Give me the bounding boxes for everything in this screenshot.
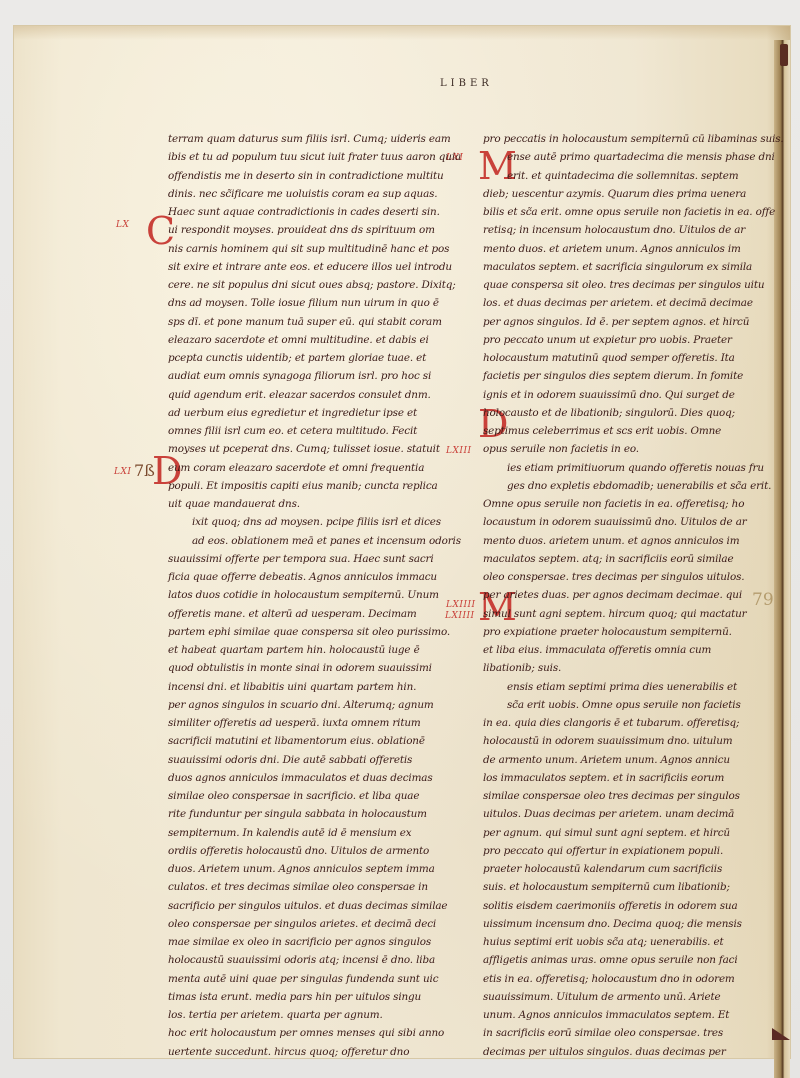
text-line: quae conspersa sit oleo. tres decimas pe… (483, 276, 773, 294)
text-line: partem ephi similae quae conspersa sit o… (168, 623, 468, 641)
text-line: quod obtulistis in monte sinai in odorem… (168, 659, 468, 677)
text-line: de armento unum. Arietem unum. Agnos ann… (483, 751, 773, 769)
text-line: pro peccatis in holocaustum sempiternū c… (483, 130, 773, 148)
text-line: huius septimi erit uobis sc̃a atq; uener… (483, 933, 773, 951)
text-line: similae oleo conspersae in sacrificio. e… (168, 787, 468, 805)
text-line: rite funduntur per singula sabbata in ho… (168, 805, 468, 823)
text-line: et liba eius. immaculata offeretis omnia… (483, 641, 773, 659)
text-line: pro peccato unum ut expietur pro uobis. … (483, 331, 773, 349)
text-line: sc̃a erit uobis. Omne opus seruile non f… (483, 696, 773, 714)
text-line: moyses ut pceperat dns. Cumq; tulisset i… (168, 440, 468, 458)
text-line: dinis. nec sc̃ificare me uoluistis coram… (168, 185, 468, 203)
text-line: menta autē uini quae per singulas funden… (168, 970, 468, 988)
text-line: uertente succedunt. hircus quoq; offeret… (168, 1043, 468, 1061)
text-line: ense autē primo quartadecima die mensis … (483, 148, 773, 166)
text-line: suis. et holocaustum sempiternū cum liba… (483, 878, 773, 896)
text-line: bilis et sc̃a erit. omne opus seruile no… (483, 203, 773, 221)
text-line: decimas per uitulos singulos. duas decim… (483, 1043, 773, 1061)
text-line: praeter holocaustū kalendarum cum sacrif… (483, 860, 773, 878)
text-line: mento duos. arietem unum. et agnos annic… (483, 532, 773, 550)
text-line: simul sunt agni septem. hircum quoq; qui… (483, 605, 773, 623)
text-line: per agnos singulos in scuario dni. Alter… (168, 696, 468, 714)
text-line: septimus celeberrimus et scs erit uobis.… (483, 422, 773, 440)
text-line: holocausto et de libationib; singulorū. … (483, 404, 773, 422)
text-line: holocaustum matutinū quod semper offeret… (483, 349, 773, 367)
text-line: ibis et tu ad populum tuu sicut iuit fra… (168, 148, 468, 166)
text-line: ordiis offeretis holocaustū dno. Uitulos… (168, 842, 468, 860)
text-line: timas ista erunt. media pars hin per uit… (168, 988, 468, 1006)
text-line: duos. Arietem unum. Agnos anniculos sept… (168, 860, 468, 878)
text-line: offendistis me in deserto sin in contrad… (168, 167, 468, 185)
text-line: los. tertia per arietem. quarta per agnu… (168, 1006, 468, 1024)
text-line: solitis eisdem caerimoniis offeretis in … (483, 897, 773, 915)
text-line: suauissimi offerte per tempora sua. Haec… (168, 550, 468, 568)
text-line: quid agendum erit. eleazar sacerdos cons… (168, 386, 468, 404)
page-edge-shadow (14, 26, 790, 40)
text-line: pro peccato qui offertur in expiationem … (483, 842, 773, 860)
text-line: oleo conspersae per singulos arietes. et… (168, 915, 468, 933)
text-line: facietis per singulos dies septem dierum… (483, 367, 773, 385)
rubric-chapter-number: LXI (114, 467, 131, 477)
text-line: Haec sunt aquae contradictionis in cades… (168, 203, 468, 221)
text-line: ixit quoq; dns ad moysen. pcipe filiis i… (168, 513, 468, 531)
text-column-right: pro peccatis in holocaustum sempiternū c… (483, 130, 773, 1061)
text-line: erit. et quintadecima die sollemnitas. s… (483, 167, 773, 185)
text-line: Omne opus seruile non facietis in ea. of… (483, 495, 773, 513)
spine-binding (780, 44, 788, 66)
text-line: culatos. et tres decimas similae oleo co… (168, 878, 468, 896)
text-line: ui respondit moyses. prouideat dns ds sp… (168, 221, 468, 239)
text-line: opus seruile non facietis in eo. (483, 440, 773, 458)
text-line: uitulos. Duas decimas per arietem. unam … (483, 805, 773, 823)
text-line: uit quae mandauerat dns. (168, 495, 468, 513)
text-line: nis carnis hominem qui sit sup multitudi… (168, 240, 468, 258)
running-head: LIBER (440, 78, 493, 89)
text-line: ad uerbum eius egredietur et ingredietur… (168, 404, 468, 422)
text-line: terram quam daturus sum filiis isrl. Cum… (168, 130, 468, 148)
text-line: et habeat quartam partem hin. holocaustū… (168, 641, 468, 659)
text-line: hoc erit holocaustum per omnes menses qu… (168, 1024, 468, 1042)
text-line: suauissimum. Uitulum de armento unū. Ari… (483, 988, 773, 1006)
text-line: similae conspersae oleo tres decimas per… (483, 787, 773, 805)
text-line: locaustum in odorem suauissimū dno. Uitu… (483, 513, 773, 531)
text-column-left: terram quam daturus sum filiis isrl. Cum… (168, 130, 468, 1061)
text-line: uissimum incensum dno. Decima quoq; die … (483, 915, 773, 933)
text-line: ad eos. oblationem meā et panes et incen… (168, 532, 468, 550)
text-line: holocaustū suauissimi odoris atq; incens… (168, 951, 468, 969)
text-line: similiter offeretis ad uesperā. iuxta om… (168, 714, 468, 732)
text-line: ies etiam primitiuorum quando offeretis … (483, 459, 773, 477)
text-line: eum coram eleazaro sacerdote et omni fre… (168, 459, 468, 477)
text-line: ficia quae offerre debeatis. Agnos annic… (168, 568, 468, 586)
text-line: los. et duas decimas per arietem. et dec… (483, 294, 773, 312)
text-line: populi. Et impositis capiti eius manib; … (168, 477, 468, 495)
text-line: dieb; uescentur azymis. Quarum dies prim… (483, 185, 773, 203)
text-line: offeretis mane. et alterū ad uesperam. D… (168, 605, 468, 623)
rubric-chapter-number: LX (116, 220, 129, 230)
text-line: dns ad moysen. Tolle iosue filium nun ui… (168, 294, 468, 312)
text-line: ges dno expletis ebdomadib; uenerabilis … (483, 477, 773, 495)
text-line: per arietes duas. per agnos decimam deci… (483, 586, 773, 604)
text-line: sacrificii matutini et libamentorum eius… (168, 732, 468, 750)
text-line: etis in ea. offeretisq; holocaustum dno … (483, 970, 773, 988)
text-line: los immaculatos septem. et in sacrificii… (483, 769, 773, 787)
text-line: maculatos septem. et sacrificia singulor… (483, 258, 773, 276)
text-line: affligetis animas uras. omne opus seruil… (483, 951, 773, 969)
text-line: ensis etiam septimi prima dies uenerabil… (483, 678, 773, 696)
text-line: in ea. quia dies clangoris ē et tubarum.… (483, 714, 773, 732)
text-line: duos agnos anniculos immaculatos et duas… (168, 769, 468, 787)
text-line: sempiternum. In kalendis autē id ē mensi… (168, 824, 468, 842)
text-line: sps dī. et pone manum tuā super eū. qui … (168, 313, 468, 331)
text-line: per agnos singulos. Id ē. per septem agn… (483, 313, 773, 331)
text-line: ignis et in odorem suauissimū dno. Qui s… (483, 386, 773, 404)
text-line: maculatos septem. atq; in sacrificiis eo… (483, 550, 773, 568)
text-line: in sacrificiis eorū similae oleo consper… (483, 1024, 773, 1042)
text-line: mento duos. et arietem unum. Agnos annic… (483, 240, 773, 258)
text-line: holocaustū in odorem suauissimum dno. ui… (483, 732, 773, 750)
text-line: incensi dni. et libabitis uini quartam p… (168, 678, 468, 696)
text-line: latos duos cotidie in holocaustum sempit… (168, 586, 468, 604)
text-line: omnes filii isrl cum eo. et cetera multi… (168, 422, 468, 440)
text-line: sit exire et intrare ante eos. et educer… (168, 258, 468, 276)
text-line: mae similae ex oleo in sacrificio per ag… (168, 933, 468, 951)
text-line: eleazaro sacerdote et omni multitudine. … (168, 331, 468, 349)
text-line: sacrificio per singulos uitulos. et duas… (168, 897, 468, 915)
text-line: suauissimi odoris dni. Die autē sabbati … (168, 751, 468, 769)
text-line: unum. Agnos anniculos immaculatos septem… (483, 1006, 773, 1024)
text-line: pcepta cunctis uidentib; et partem glori… (168, 349, 468, 367)
text-line: oleo conspersae. tres decimas per singul… (483, 568, 773, 586)
text-line: per agnum. qui simul sunt agni septem. e… (483, 824, 773, 842)
text-line: cere. ne sit populus dni sicut oues absq… (168, 276, 468, 294)
text-line: pro expiatione praeter holocaustum sempi… (483, 623, 773, 641)
text-line: retisq; in incensum holocaustum dno. Uit… (483, 221, 773, 239)
text-line: audiat eum omnis synagoga filiorum isrl.… (168, 367, 468, 385)
text-line: libationib; suis. (483, 659, 773, 677)
binding-gutter (774, 40, 790, 1078)
